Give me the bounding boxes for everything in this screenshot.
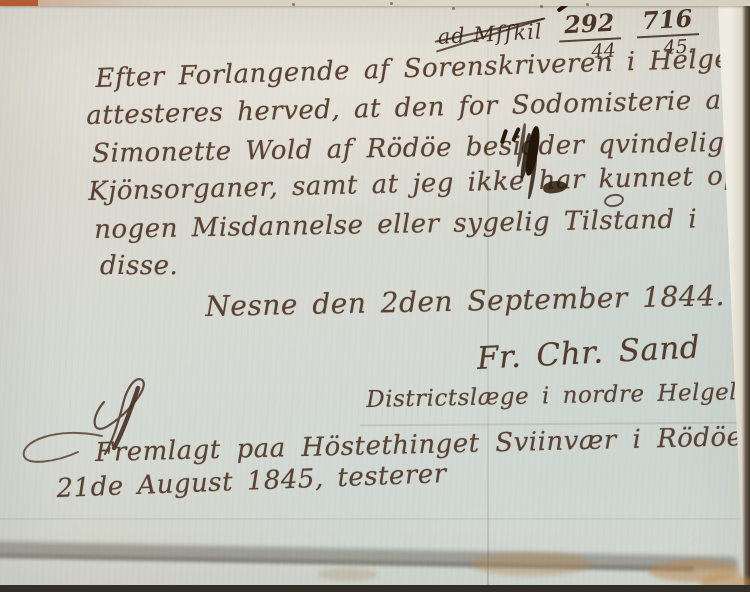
signature: Fr. Chr. Sand (476, 329, 701, 377)
journal-number-2-numerator: 716 (635, 3, 699, 38)
ink-speck (292, 3, 295, 6)
body-line: disse. (100, 251, 178, 281)
photographed-manuscript: ad Mſſkil 292 44 716 45. Efter Forlangen… (0, 0, 750, 592)
letter-page: ad Mſſkil 292 44 716 45. Efter Forlangen… (0, 0, 750, 592)
ink-speck (452, 7, 455, 10)
ink-speck (540, 5, 543, 8)
body-line: nogen Misdannelse eller sygelig Tilstand… (94, 204, 697, 245)
reference-scribble: ad Mſſkil (437, 11, 543, 48)
ink-speck (390, 2, 393, 5)
red-paper-fragment (0, 0, 38, 6)
adjacent-sheet-edge (0, 0, 750, 6)
endorsement-flourish (16, 430, 106, 472)
signature-title: Districtslæge i nordre Helgeland (366, 378, 750, 413)
journal-number-1-numerator: 292 (557, 7, 621, 42)
horizontal-fold-crease (0, 518, 750, 520)
table-surface-edge (0, 585, 750, 592)
paper-stain (470, 552, 590, 576)
dateline: Nesne den 2den September 1844. (205, 279, 725, 323)
paper-stain (318, 568, 378, 581)
ink-speck (586, 3, 589, 6)
